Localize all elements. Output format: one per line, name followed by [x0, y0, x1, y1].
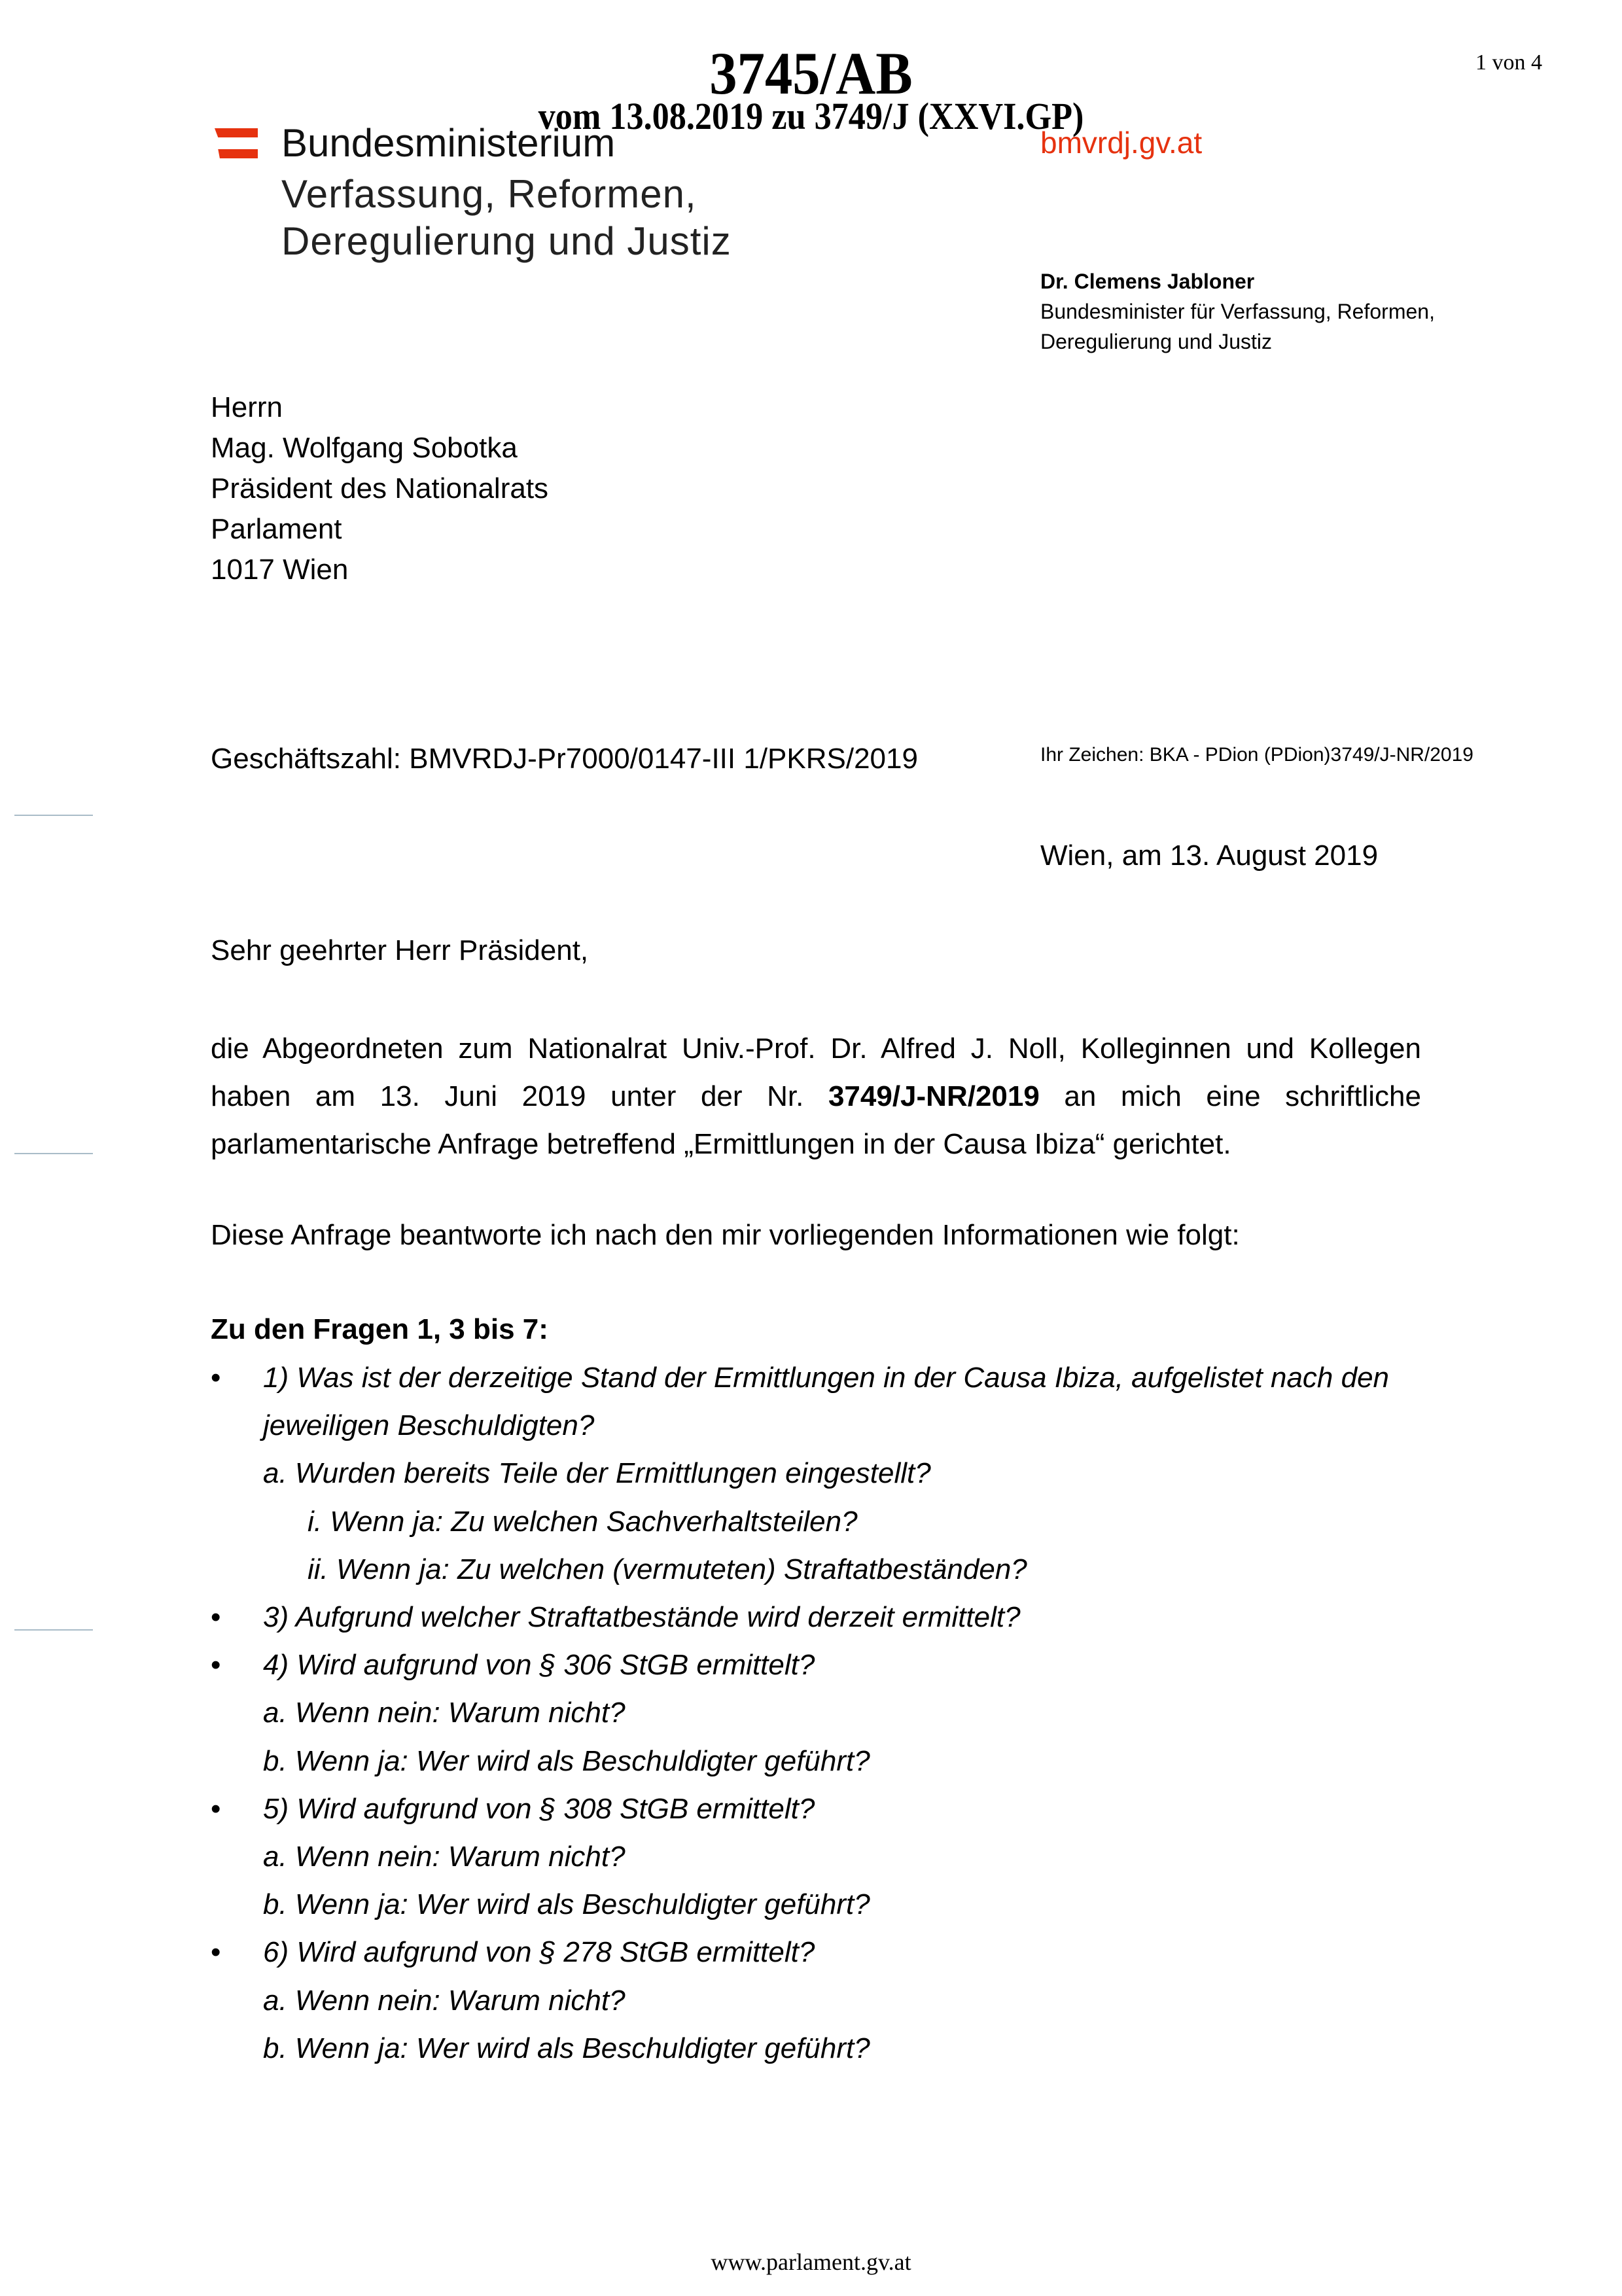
question-item: jeweiligen Beschuldigten?	[263, 1409, 594, 1443]
question-item: b. Wenn ja: Wer wird als Beschuldigter g…	[263, 2032, 870, 2066]
bullet-icon: •	[211, 1361, 220, 1395]
bullet-icon: •	[211, 1600, 220, 1634]
question-item: b. Wenn ja: Wer wird als Beschuldigter g…	[263, 1744, 870, 1778]
intro-line: die Abgeordneten zum Nationalrat Univ.-P…	[211, 1025, 1421, 1072]
bullet-icon: •	[211, 1792, 220, 1826]
question-item: a. Wurden bereits Teile der Ermittlungen…	[263, 1457, 931, 1491]
place-and-date: Wien, am 13. August 2019	[1040, 839, 1378, 873]
intro-text: an mich eine schriftliche	[1064, 1080, 1421, 1112]
question-item: 3) Aufgrund welcher Straftatbestände wir…	[263, 1600, 1021, 1634]
question-item: ii. Wenn ja: Zu welchen (vermuteten) Str…	[308, 1553, 1027, 1587]
your-reference: Ihr Zeichen: BKA - PDion (PDion)3749/J-N…	[1040, 743, 1473, 767]
address-line: Herrn	[211, 391, 283, 425]
fold-mark	[14, 815, 93, 816]
ministry-subtitle-line2: Deregulierung und Justiz	[281, 220, 732, 263]
question-item: a. Wenn nein: Warum nicht?	[263, 1696, 626, 1730]
bullet-icon: •	[211, 1935, 220, 1969]
sender-title-line2: Deregulierung und Justiz	[1040, 328, 1272, 355]
intro-text: haben am 13. Juni 2019 unter der Nr.	[211, 1080, 803, 1112]
intro-paragraph: die Abgeordneten zum Nationalrat Univ.-P…	[211, 1025, 1421, 1168]
footer-url: www.parlament.gv.at	[0, 2248, 1622, 2276]
ministry-website-link[interactable]: bmvrdj.gv.at	[1040, 126, 1202, 160]
fold-mark	[14, 1629, 93, 1631]
salutation: Sehr geehrter Herr Präsident,	[211, 934, 588, 968]
question-item: a. Wenn nein: Warum nicht?	[263, 1840, 626, 1874]
question-item: 1) Was ist der derzeitige Stand der Ermi…	[263, 1361, 1389, 1395]
question-item: a. Wenn nein: Warum nicht?	[263, 1984, 626, 2018]
austrian-flag-icon	[215, 128, 258, 160]
question-item: b. Wenn ja: Wer wird als Beschuldigter g…	[263, 1888, 870, 1922]
answer-intro: Diese Anfrage beantworte ich nach den mi…	[211, 1218, 1240, 1252]
punch-mark	[14, 1153, 93, 1154]
sender-title-line1: Bundesminister für Verfassung, Reformen,	[1040, 298, 1435, 325]
question-item: 4) Wird aufgrund von § 306 StGB ermittel…	[263, 1648, 815, 1682]
intro-line: haben am 13. Juni 2019 unter der Nr. 374…	[211, 1072, 1421, 1120]
intro-line: parlamentarische Anfrage betreffend „Erm…	[211, 1120, 1421, 1168]
bullet-icon: •	[211, 1648, 220, 1682]
ministry-subtitle-line1: Verfassung, Reformen,	[281, 173, 697, 216]
address-line: Präsident des Nationalrats	[211, 472, 548, 506]
section-heading: Zu den Fragen 1, 3 bis 7:	[211, 1313, 548, 1347]
sender-name: Dr. Clemens Jabloner	[1040, 268, 1254, 294]
reference-number: Geschäftszahl: BMVRDJ-Pr7000/0147-III 1/…	[211, 742, 918, 776]
inquiry-number: 3749/J-NR/2019	[828, 1080, 1040, 1112]
question-item: i. Wenn ja: Zu welchen Sachverhaltsteile…	[308, 1505, 858, 1539]
address-line: 1017 Wien	[211, 553, 348, 587]
question-item: 6) Wird aufgrund von § 278 StGB ermittel…	[263, 1935, 815, 1969]
address-line: Mag. Wolfgang Sobotka	[211, 431, 518, 465]
address-line: Parlament	[211, 512, 342, 546]
ministry-name: Bundesministerium	[281, 122, 615, 165]
question-item: 5) Wird aufgrund von § 308 StGB ermittel…	[263, 1792, 815, 1826]
page-counter: 1 von 4	[1475, 50, 1542, 76]
